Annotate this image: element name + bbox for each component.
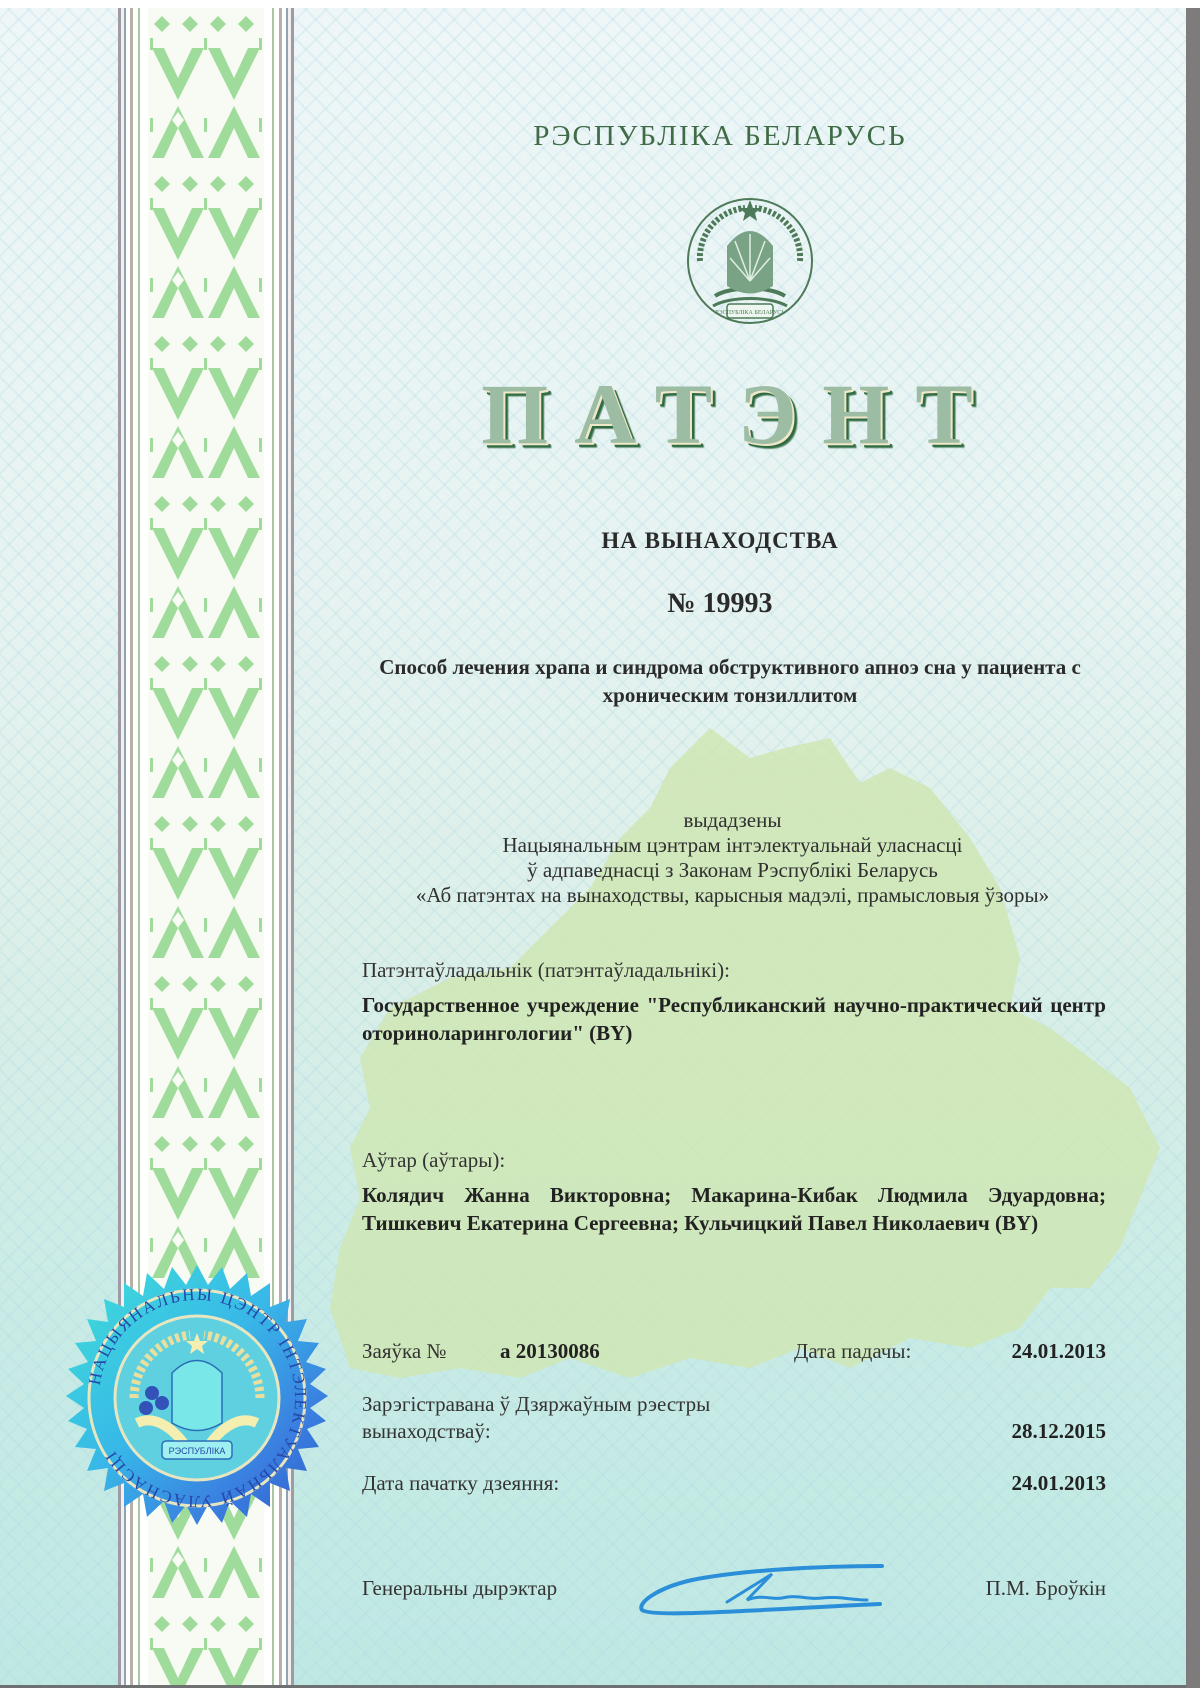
document-subtitle: НА ВЫНАХОДСТВА xyxy=(330,528,1110,554)
patent-certificate: РЭСПУБЛІКА БЕЛАРУСЬ РЭСПУБЛІКА БЕЛАРУСЬ … xyxy=(0,8,1186,1685)
issued-line: «Аб патэнтах на вынаходствы, карысныя ма… xyxy=(345,883,1120,908)
scan-edge-right xyxy=(1186,8,1200,1688)
authors-value: Колядич Жанна Викторовна; Макарина-Кибак… xyxy=(362,1181,1106,1237)
svg-text:РЭСПУБЛІКА: РЭСПУБЛІКА xyxy=(169,1446,226,1456)
signatory-title: Генеральны дырэктар xyxy=(362,1576,557,1600)
issued-line: Нацыянальным цэнтрам інтэлектуальнай ула… xyxy=(345,833,1120,858)
registration-label-line2: вынаходстваў: xyxy=(362,1418,1106,1445)
signature-icon xyxy=(632,1558,892,1618)
patent-holder-label: Патэнтаўладальнік (патэнтаўладальнікі): xyxy=(362,958,1106,983)
authors-label: Аўтар (аўтары): xyxy=(362,1148,1106,1173)
filing-date-label: Дата падачы: xyxy=(794,1339,911,1364)
application-number: а 20130086 xyxy=(500,1339,600,1364)
registration-row: Зарэгістравана ў Дзяржаўным рэестры вына… xyxy=(362,1391,1106,1445)
scan-edge-bottom xyxy=(0,1685,1186,1688)
issued-line: выдадзены xyxy=(345,808,1120,833)
patent-number: № 19993 xyxy=(330,588,1110,620)
signatory-name: П.М. Броўкін xyxy=(986,1576,1106,1601)
registration-label-line1: Зарэгістравана ў Дзяржаўным рэестры xyxy=(362,1391,1106,1418)
document-title: ПАТЭНТ xyxy=(330,364,1130,464)
issued-line: ў адпаведнасці з Законам Рэспублікі Бела… xyxy=(345,858,1120,883)
registration-date-value: 28.12.2015 xyxy=(1012,1418,1107,1445)
validity-start-row: Дата пачатку дзеяння: 24.01.2013 xyxy=(362,1471,1106,1496)
hologram-seal-icon: НАЦЫЯНАЛЬНЫ ЦЭНТР ІНТЭЛЕКТУАЛЬНАЙ УЛАСНА… xyxy=(62,1263,332,1533)
filing-date-value: 24.01.2013 xyxy=(1012,1339,1107,1364)
validity-start-value: 24.01.2013 xyxy=(1012,1471,1107,1496)
patent-holder-value: Государственное учреждение "Республиканс… xyxy=(362,991,1106,1047)
patent-holder-section: Патэнтаўладальнік (патэнтаўладальнікі): … xyxy=(362,958,1106,1047)
svg-text:РЭСПУБЛІКА БЕЛАРУСЬ: РЭСПУБЛІКА БЕЛАРУСЬ xyxy=(715,310,785,316)
country-heading: РЭСПУБЛІКА БЕЛАРУСЬ xyxy=(330,120,1110,153)
state-emblem-icon: РЭСПУБЛІКА БЕЛАРУСЬ xyxy=(675,186,825,336)
application-label: Заяўка № xyxy=(362,1339,447,1363)
issued-by-statement: выдадзены Нацыянальным цэнтрам інтэлекту… xyxy=(345,808,1120,908)
validity-start-label: Дата пачатку дзеяння: xyxy=(362,1471,559,1495)
invention-title: Способ лечения храпа и синдрома обструкт… xyxy=(350,653,1110,709)
authors-section: Аўтар (аўтары): Колядич Жанна Викторовна… xyxy=(362,1148,1106,1237)
application-row: Заяўка № а 20130086 Дата падачы: 24.01.2… xyxy=(362,1339,1106,1364)
signature-row: Генеральны дырэктар П.М. Броўкін xyxy=(362,1576,1106,1601)
